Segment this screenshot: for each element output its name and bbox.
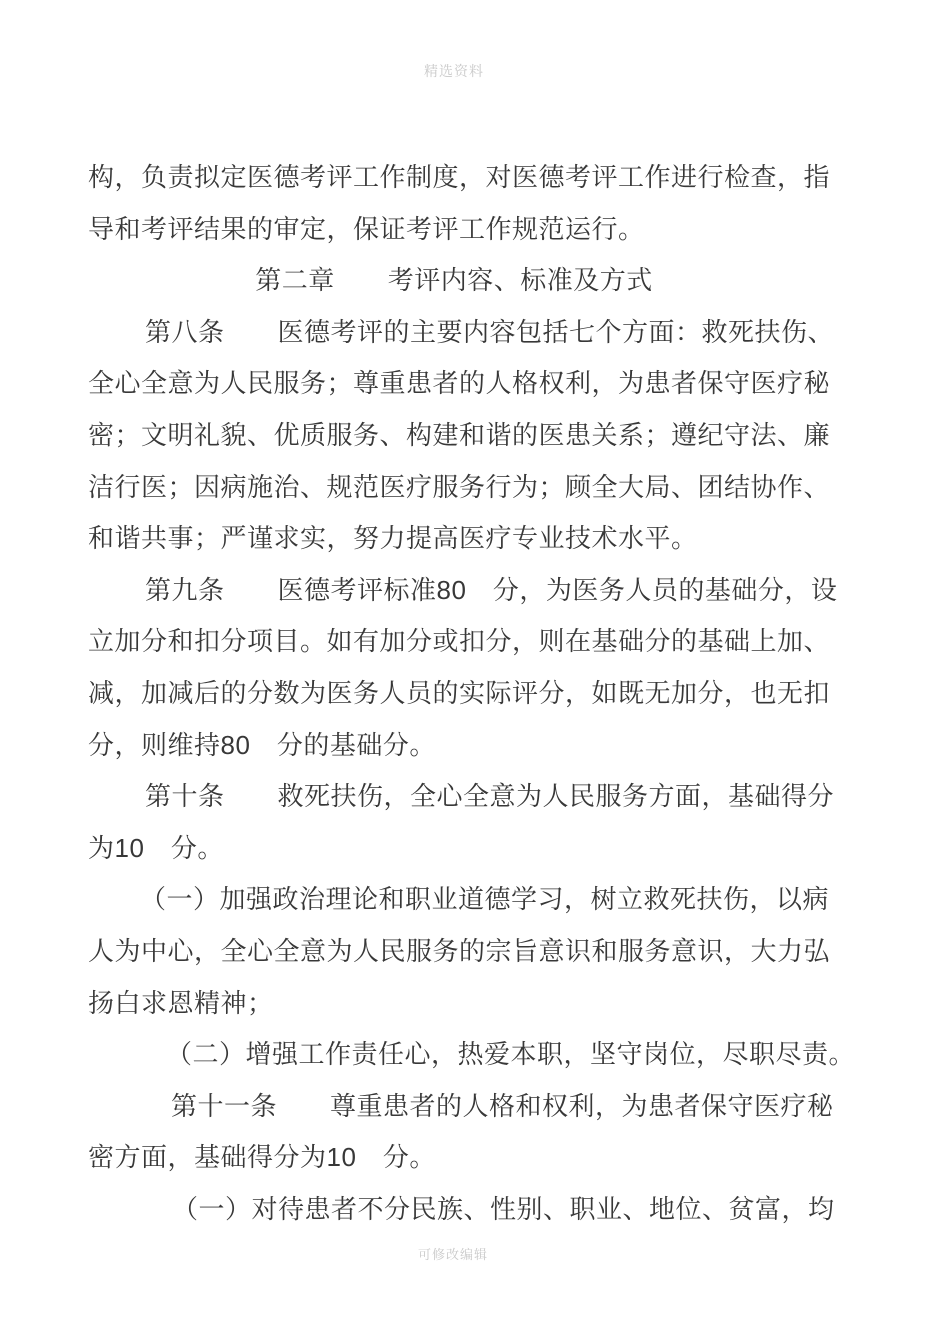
- text-line: 第十条 救死扶伤，全心全意为人民服务方面，基础得分: [88, 771, 820, 823]
- text-line: 全心全意为人民服务；尊重患者的人格权利，为患者保守医疗秘: [88, 358, 820, 410]
- footer-watermark-text: 可修改编辑: [418, 1247, 488, 1262]
- text-line: 减，加减后的分数为医务人员的实际评分，如既无加分，也无扣: [88, 668, 820, 720]
- text-line: 和谐共事；严谨求实，努力提高医疗专业技术水平。: [88, 513, 820, 565]
- text-line: 分，则维持80 分的基础分。: [88, 720, 820, 772]
- text-line: 密方面，基础得分为10 分。: [88, 1132, 820, 1184]
- text-line: （一）对待患者不分民族、性别、职业、地位、贫富，均: [88, 1184, 820, 1236]
- text-line: 立加分和扣分项目。如有加分或扣分，则在基础分的基础上加、: [88, 616, 820, 668]
- text-line: 第十一条 尊重患者的人格和权利，为患者保守医疗秘: [88, 1081, 820, 1133]
- text-line: 导和考评结果的审定，保证考评工作规范运行。: [88, 204, 820, 256]
- text-line: 人为中心，全心全意为人民服务的宗旨意识和服务意识，大力弘: [88, 926, 820, 978]
- text-line: 构，负责拟定医德考评工作制度，对医德考评工作进行检查，指: [88, 152, 820, 204]
- text-line: 为10 分。: [88, 823, 820, 875]
- text-line: 第二章 考评内容、标准及方式: [88, 255, 820, 307]
- text-line: （一）加强政治理论和职业道德学习，树立救死扶伤，以病: [88, 874, 820, 926]
- page-footer: 可修改编辑: [0, 1246, 906, 1264]
- text-line: 第九条 医德考评标准80 分，为医务人员的基础分，设: [88, 565, 820, 617]
- text-line: 洁行医；因病施治、规范医疗服务行为；顾全大局、团结协作、: [88, 462, 820, 514]
- page-header: 精选资料: [0, 61, 908, 81]
- text-line: （二）增强工作责任心，热爱本职，坚守岗位，尽职尽责。: [88, 1029, 820, 1081]
- text-line: 扬白求恩精神；: [88, 978, 820, 1030]
- document-page: 精选资料 构，负责拟定医德考评工作制度，对医德考评工作进行检查，指导和考评结果的…: [0, 0, 950, 1344]
- header-watermark-text: 精选资料: [424, 63, 484, 79]
- document-body: 构，负责拟定医德考评工作制度，对医德考评工作进行检查，指导和考评结果的审定，保证…: [88, 152, 820, 1235]
- text-line: 第八条 医德考评的主要内容包括七个方面：救死扶伤、: [88, 307, 820, 359]
- text-line: 密；文明礼貌、优质服务、构建和谐的医患关系；遵纪守法、廉: [88, 410, 820, 462]
